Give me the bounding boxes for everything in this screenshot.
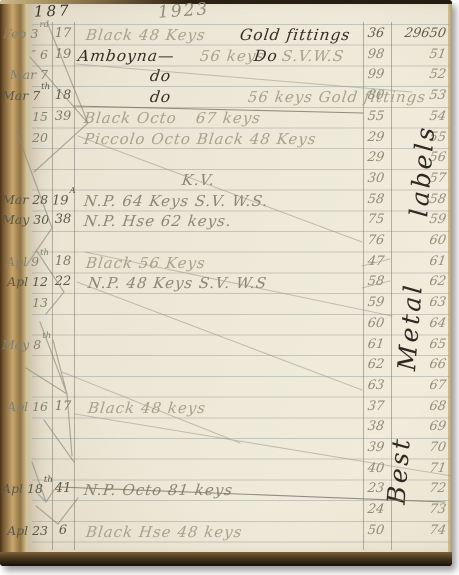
- row-qty: 30: [361, 171, 391, 186]
- ledger-row: Apl 9th18Black 56 Keys4761: [0, 254, 452, 275]
- row-description: Black 48 keys: [87, 399, 207, 417]
- row-number: 41: [52, 481, 74, 496]
- row-qty: 37: [361, 399, 391, 414]
- row-date: May 8th: [2, 337, 48, 352]
- row-description: do: [149, 88, 172, 106]
- year-heading: 1923: [157, 0, 210, 23]
- row-qty: 50: [361, 523, 391, 538]
- row-description: Black 56 Keys: [85, 254, 207, 272]
- row-description: S.V.W.S: [281, 47, 346, 65]
- row-description: 67 keys: [195, 109, 262, 127]
- row-description: do: [149, 67, 172, 85]
- row-qty: 63: [361, 378, 391, 393]
- ledger-row: Mar 2819AN.P. 64 Keys S.V. W.S.5858: [0, 192, 452, 213]
- row-description: Black Hse 48 keys: [85, 523, 244, 541]
- date-superscript: rd: [39, 20, 49, 30]
- row-date: Apl 23: [2, 523, 48, 538]
- ledger-row: 1539Black Octo67 keys5554: [0, 109, 452, 130]
- row-serial: 52: [391, 67, 451, 82]
- ledger-row: 7660: [0, 233, 452, 254]
- book-bottom-board: [0, 552, 452, 566]
- row-date: May 30: [2, 212, 48, 227]
- row-qty: 29: [361, 130, 391, 145]
- row-number: 6: [52, 523, 74, 538]
- row-description: N.P. 48 Keys S.V. W.S: [87, 274, 268, 292]
- number-superscript: A: [70, 186, 76, 196]
- row-description: N.P. Octo 81 keys: [83, 481, 234, 499]
- ledger-row: K.V.3057: [0, 171, 452, 192]
- row-date: 20: [2, 130, 48, 145]
- date-superscript: th: [41, 82, 50, 92]
- ledger-row: 6064: [0, 316, 452, 337]
- row-qty: 47: [361, 254, 391, 269]
- row-number: 19: [52, 47, 74, 62]
- row-number: 38: [52, 212, 74, 227]
- ledger-row: Apl 1617Black 48 keys3768: [0, 399, 452, 420]
- row-number: 18: [52, 254, 74, 269]
- ledger-row: Mar 7do9952: [0, 67, 452, 88]
- row-number: 19A: [52, 192, 74, 208]
- row-qty: 75: [361, 212, 391, 227]
- row-description: Amboyna—: [77, 47, 176, 65]
- row-number: 22: [52, 274, 74, 289]
- row-date: Apl 18th: [2, 481, 48, 496]
- row-qty: 61: [361, 337, 391, 352]
- ledger-row: 6367: [0, 378, 452, 399]
- row-qty: 36: [361, 26, 391, 41]
- row-description: N.P. 64 Keys S.V. W.S.: [83, 192, 270, 210]
- row-qty: 59: [361, 295, 391, 310]
- ledger-row: ″ 619Amboyna—56 keysDoS.V.W.S9851: [0, 47, 452, 68]
- row-date: Mar 7: [2, 67, 48, 82]
- ledger-row: 3869: [0, 419, 452, 440]
- row-date: ″ 6: [2, 47, 48, 62]
- row-qty: 55: [361, 109, 391, 124]
- row-description: Black 48 Keys: [85, 26, 207, 44]
- row-qty: 58: [361, 274, 391, 289]
- ledger-row: 20Piccolo Octo Black 48 Keys2955: [0, 130, 452, 151]
- ledger-row: 135963: [0, 295, 452, 316]
- ledger-row: May 8th6165: [0, 337, 452, 358]
- screenshot-stage: 187 1923 Feb 3rd17Black 48 KeysGold fitt…: [0, 0, 459, 575]
- row-date: 15: [2, 109, 48, 124]
- row-number: 18: [52, 88, 74, 103]
- ledger-row: 6266: [0, 357, 452, 378]
- row-qty: 80: [361, 88, 391, 103]
- ledger-row: Mar 7th18do56 keys Gold fittings8053: [0, 88, 452, 109]
- row-date: Mar 28: [2, 192, 48, 207]
- row-date: 13: [2, 295, 48, 310]
- row-serial: 29650: [391, 26, 451, 41]
- row-qty: 98: [361, 47, 391, 62]
- row-description: K.V.: [181, 171, 216, 189]
- ledger-row: Apl 236Black Hse 48 keys5074: [0, 523, 452, 544]
- row-serial: 53: [391, 88, 451, 103]
- row-description: Do: [253, 47, 279, 65]
- date-superscript: th: [42, 331, 51, 341]
- row-description: Piccolo Octo Black 48 Keys: [83, 130, 318, 148]
- row-date: Apl 16: [2, 399, 48, 414]
- row-qty: 29: [361, 150, 391, 165]
- row-number: 17: [52, 26, 74, 41]
- ledger-row: 2956: [0, 150, 452, 171]
- row-description: Gold fittings: [239, 26, 352, 44]
- row-qty: 99: [361, 67, 391, 82]
- row-number: 17: [52, 399, 74, 414]
- ledger-row: Feb 3rd17Black 48 KeysGold fittings36296…: [0, 26, 452, 47]
- ledger-row: Apl 1222N.P. 48 Keys S.V. W.S5862: [0, 274, 452, 295]
- date-superscript: th: [40, 248, 49, 258]
- ledger-book-scan: 187 1923 Feb 3rd17Black 48 KeysGold fitt…: [0, 0, 452, 566]
- row-date: Apl 9th: [2, 254, 48, 269]
- row-number: 39: [52, 109, 74, 124]
- row-qty: 58: [361, 192, 391, 207]
- row-qty: 62: [361, 357, 391, 372]
- row-qty: 76: [361, 233, 391, 248]
- row-description: Black Octo: [83, 109, 178, 127]
- ledger-row: May 3038N.P. Hse 62 keys.7559: [0, 212, 452, 233]
- row-date: Feb 3rd: [2, 26, 48, 41]
- row-date: Apl 12: [2, 274, 48, 289]
- row-description: N.P. Hse 62 keys.: [83, 212, 233, 230]
- page-number: 187: [34, 1, 72, 20]
- row-date: Mar 7th: [2, 88, 48, 103]
- row-qty: 60: [361, 316, 391, 331]
- row-serial: 51: [391, 47, 451, 62]
